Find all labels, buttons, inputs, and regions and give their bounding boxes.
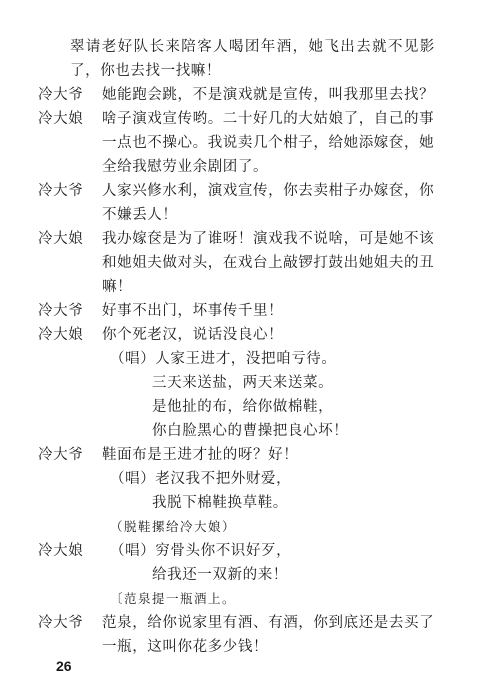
stage-direction: 〔范泉提一瓶酒上。 [110,590,236,608]
text-line: 嘛！ [102,278,132,296]
stage-direction: （脱鞋摞给冷大娘） [110,518,236,536]
speaker-label: 冷大爷 [38,182,83,200]
text-line: 不嫌丢人！ [102,206,178,224]
text-line: 人家兴修水利，演戏宣传，你去卖柑子办嫁奁，你 [102,182,434,200]
text-line: 鞋面布是王进才扯的呀？好！ [102,446,298,464]
text-line: 了，你也去找一找嘛！ [70,62,221,80]
song-line: 给我还一双新的来！ [152,566,288,584]
text-line: 一点也不操心。我说卖几个柑子，给她添嫁奁，她 [102,134,434,152]
document-page: 冷大爷 冷大娘 冷大爷 冷大娘 冷大爷 冷大娘 冷大爷 冷大娘 冷大爷 翠请老好… [0,0,490,691]
speaker-label: 冷大爷 [38,446,83,464]
song-line: （唱）老汉我不把外财爱， [110,470,291,488]
speaker-label: 冷大爷 [38,614,83,632]
song-line: 你白脸黑心的曹操把良心坏！ [152,422,348,440]
speaker-label: 冷大爷 [38,86,83,104]
speaker-label: 冷大娘 [38,110,83,128]
text-line: 全给我慰劳业余剧团了。 [102,158,268,176]
text-line: 好事不出门，坏事传千里！ [102,302,283,320]
song-line: 三天来送盐，两天来送菜。 [152,374,333,392]
speaker-label: 冷大娘 [38,230,83,248]
song-line: 我脱下棉鞋换草鞋。 [152,494,288,512]
text-line: 翠请老好队长来陪客人喝团年酒，她飞出去就不见影 [70,38,436,56]
speaker-label: 冷大娘 [38,326,83,344]
song-line: （唱）人家王进才，没把咱亏待。 [110,350,337,368]
text-line: 一瓶，这叫你花多少钱！ [102,638,268,656]
text-line: 啥子演戏宣传哟。二十好几的大姑娘了，自己的事 [102,110,434,128]
page-number: 26 [56,658,72,674]
speaker-label: 冷大爷 [38,302,83,320]
text-line: 你个死老汉，说话没良心！ [102,326,283,344]
speaker-label: 冷大娘 [38,542,83,560]
song-line: 是他扯的布，给你做棉鞋， [152,398,333,416]
text-line: 范泉，给你说家里有酒、有酒，你到底还是去买了 [102,614,434,632]
text-line: 她能跑会跳，不是演戏就是宣传，叫我那里去找？ [102,86,434,104]
text-line: 我办嫁奁是为了谁呀！演戏我不说啥，可是她不该 [102,230,434,248]
text-line: 和她姐夫做对头，在戏台上敲锣打鼓出她姐夫的丑 [102,254,434,272]
song-line: （唱）穷骨头你不识好歹， [110,542,291,560]
